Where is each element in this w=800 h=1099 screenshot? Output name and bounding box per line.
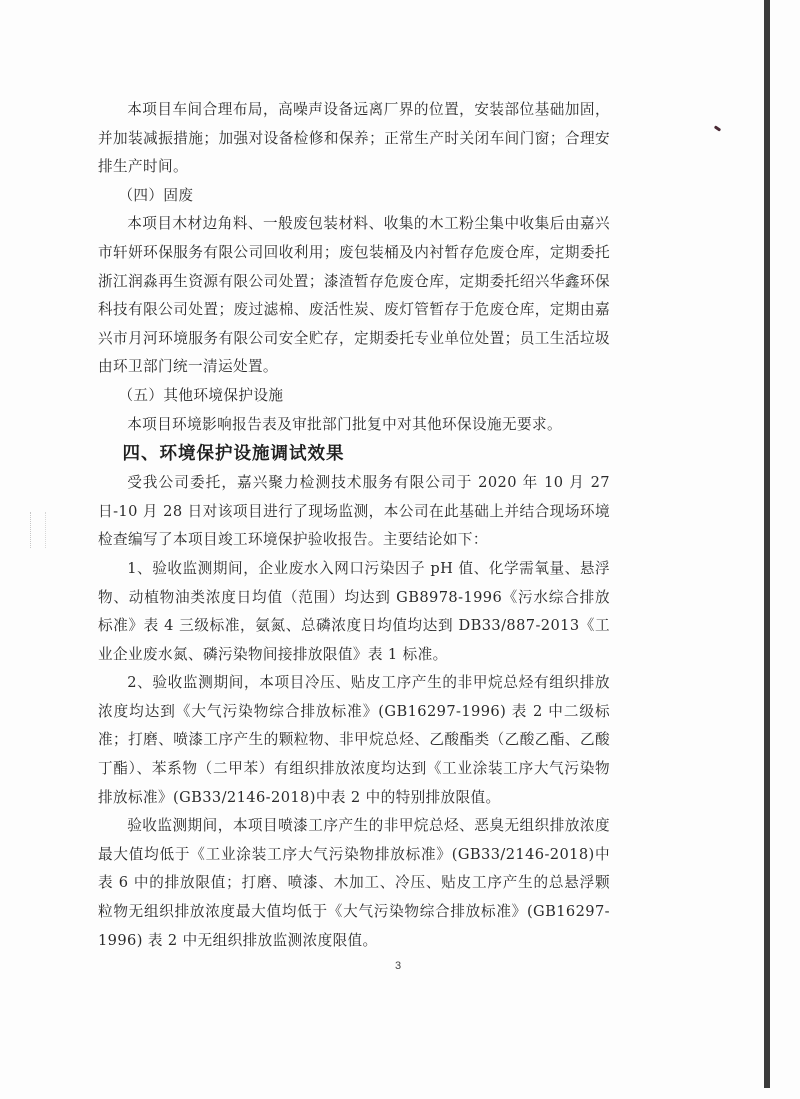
paragraph-intro: 受我公司委托，嘉兴聚力检测技术服务有限公司于 2020 年 10 月 27 日-…: [98, 469, 610, 555]
subheading-other-facilities: （五）其他环境保护设施: [98, 382, 610, 411]
page-number: 3: [395, 960, 401, 972]
paragraph-solid-waste: 本项目木材边角料、一般废包装材料、收集的木工粉尘集中收集后由嘉兴市轩妍环保服务有…: [98, 210, 610, 382]
document-page: 本项目车间合理布局，高噪声设备远离厂界的位置，安装部位基础加固，并加装减振措施；…: [0, 0, 800, 1099]
paragraph-conclusion-organized-emission: 2、验收监测期间，本项目冷压、贴皮工序产生的非甲烷总烃有组织排放浓度均达到《大气…: [98, 669, 610, 812]
paragraph-noise-measures: 本项目车间合理布局，高噪声设备远离厂界的位置，安装部位基础加固，并加装减振措施；…: [98, 96, 610, 182]
section-title-debugging-effect: 四、环境保护设施调试效果: [98, 439, 610, 469]
paragraph-conclusion-fugitive-emission: 验收监测期间，本项目喷漆工序产生的非甲烷总烃、恶臭无组织排放浓度最大值均低于《工…: [98, 812, 610, 955]
paragraph-other-facilities: 本项目环境影响报告表及审批部门批复中对其他环保设施无要求。: [98, 411, 610, 440]
paragraph-conclusion-wastewater: 1、验收监测期间，企业废水入网口污染因子 pH 值、化学需氧量、悬浮物、动植物油…: [98, 555, 610, 669]
faint-stamp-trace: [30, 512, 46, 548]
ink-mark-icon: [714, 125, 721, 131]
document-body: 本项目车间合理布局，高噪声设备远离厂界的位置，安装部位基础加固，并加装减振措施；…: [98, 96, 610, 955]
scan-edge-strip: [764, 0, 770, 1088]
subheading-solid-waste: （四）固废: [98, 182, 610, 211]
